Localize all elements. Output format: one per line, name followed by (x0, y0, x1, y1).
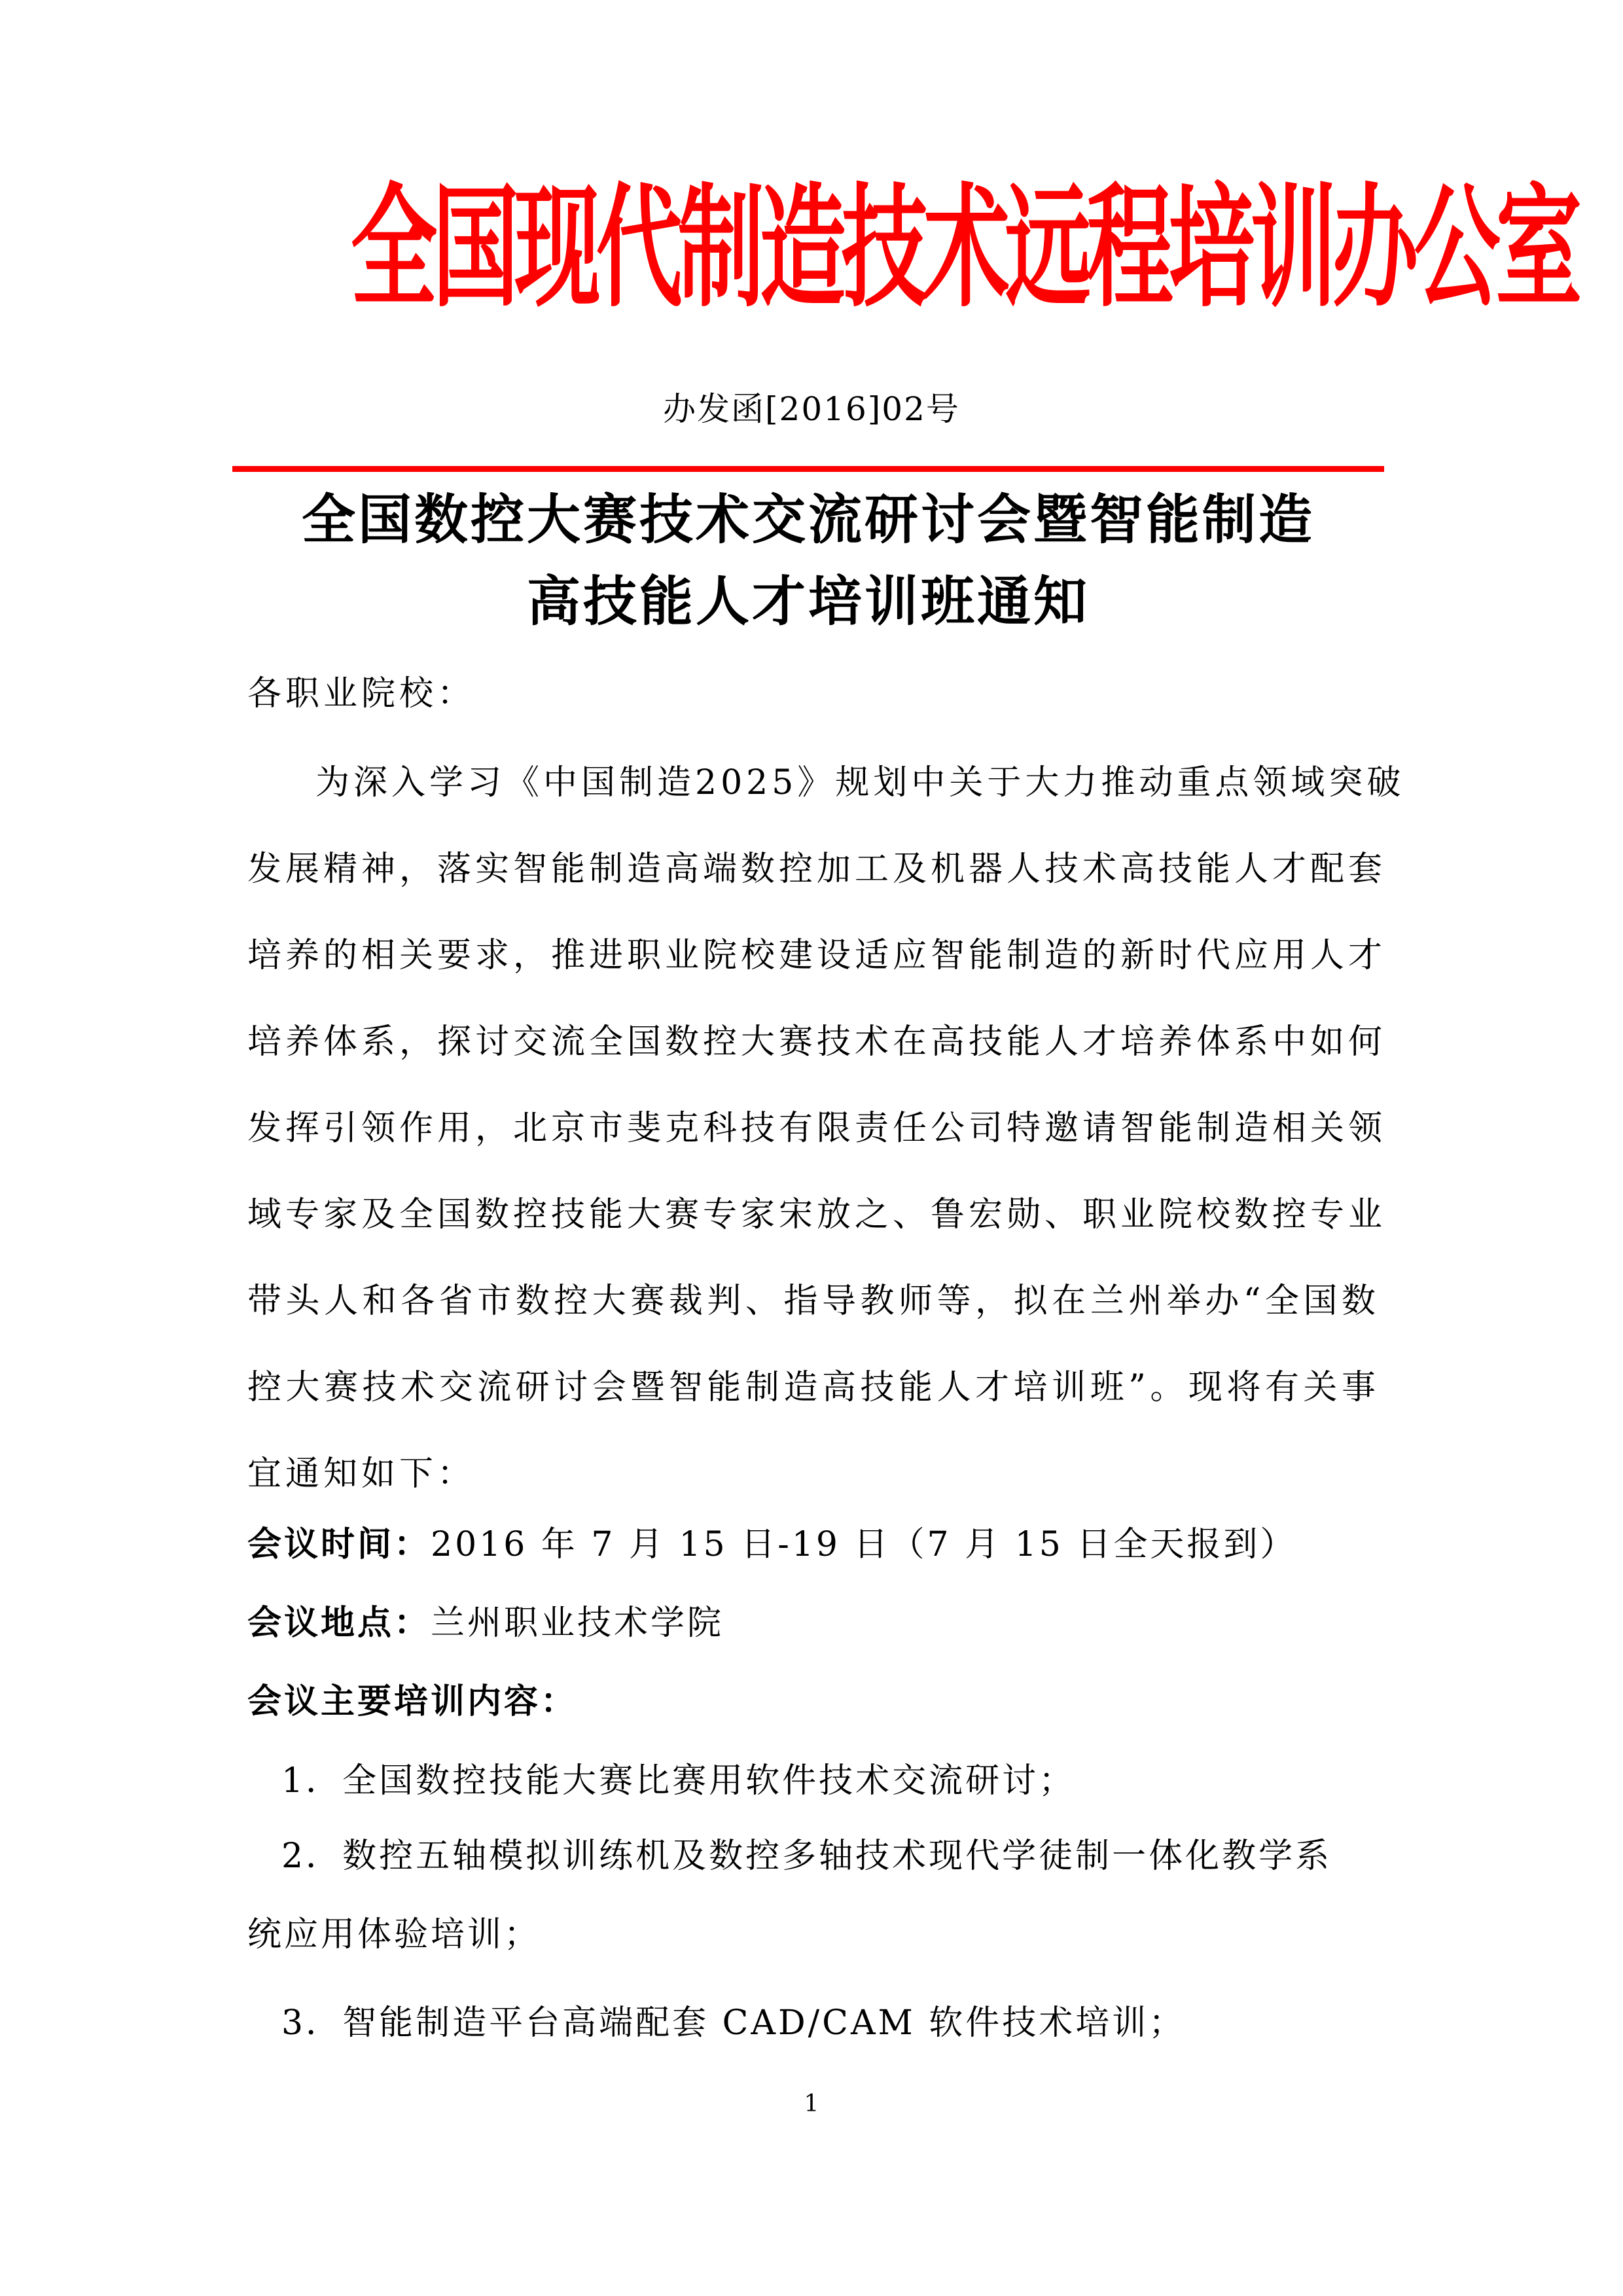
meeting-location: 会议地点：兰州职业技术学院 (247, 1584, 1380, 1662)
body-line: 发展精神，落实智能制造高端数控加工及机器人技术高技能人才配套 (247, 826, 1380, 912)
body-line: 培养体系，探讨交流全国数控大赛技术在高技能人才培养体系中如何 (247, 999, 1380, 1085)
meeting-time-label: 会议时间： (247, 1525, 431, 1564)
training-item-number: 1． (281, 1761, 342, 1801)
body-line: 控大赛技术交流研讨会暨智能制造高技能人才培训班”。现将有关事 (247, 1344, 1380, 1431)
training-item-3: 3．智能制造平台高端配套 CAD/CAM 软件技术培训； (247, 1980, 1414, 2066)
body-line: 域专家及全国数控技能大赛专家宋放之、鲁宏勋、职业院校数控专业 (247, 1172, 1380, 1258)
training-item-number: 2． (281, 1837, 342, 1876)
meeting-content-label: 会议主要培训内容： (247, 1682, 577, 1721)
meeting-time: 会议时间：2016 年 7 月 15 日-19 日（7 月 15 日全天报到） (247, 1505, 1380, 1584)
training-item-number: 3． (281, 2003, 342, 2043)
red-divider (232, 466, 1384, 472)
training-item-text: 全国数控技能大赛比赛用软件技术交流研讨； (342, 1761, 1075, 1801)
document-page: 全国现代制造技术远程培训办公室 办发函[2016]02号 全国数控大赛技术交流研… (0, 0, 1623, 2296)
notice-title-line-2: 高技能人才培训班通知 (232, 560, 1384, 645)
body-line: 培养的相关要求，推进职业院校建设适应智能制造的新时代应用人才 (247, 912, 1380, 999)
letterhead-organization: 全国现代制造技术远程培训办公室 (351, 156, 1272, 342)
meeting-time-value: 2016 年 7 月 15 日-19 日（7 月 15 日全天报到） (431, 1525, 1296, 1564)
body-line: 宜通知如下： (247, 1431, 1380, 1517)
training-item-2: 2．数控五轴模拟训练机及数控多轴技术现代学徒制一体化教学系 (247, 1813, 1414, 1899)
body-line: 发挥引领作用，北京市斐克科技有限责任公司特邀请智能制造相关领 (247, 1085, 1380, 1172)
training-item-1: 1．全国数控技能大赛比赛用软件技术交流研讨； (247, 1738, 1414, 1824)
training-item-text: 智能制造平台高端配套 CAD/CAM 软件技术培训； (342, 2003, 1185, 2043)
salutation: 各职业院校： (247, 655, 1380, 733)
meeting-content-heading: 会议主要培训内容： (247, 1662, 1380, 1741)
training-item-text: 数控五轴模拟训练机及数控多轴技术现代学徒制一体化教学系 (342, 1837, 1332, 1876)
meeting-location-value: 兰州职业技术学院 (431, 1604, 724, 1643)
training-item-2-continuation: 统应用体验培训； (247, 1892, 1380, 1978)
body-line: 为深入学习《中国制造2025》规划中关于大力推动重点领域突破 (247, 740, 1380, 826)
body-line: 带头人和各省市数控大赛裁判、指导教师等，拟在兰州举办“全国数 (247, 1258, 1380, 1344)
document-number: 办发函[2016]02号 (0, 386, 1623, 432)
meeting-location-label: 会议地点： (247, 1604, 431, 1643)
page-number: 1 (0, 2088, 1623, 2121)
notice-title-line-1: 全国数控大赛技术交流研讨会暨智能制造 (232, 478, 1384, 563)
